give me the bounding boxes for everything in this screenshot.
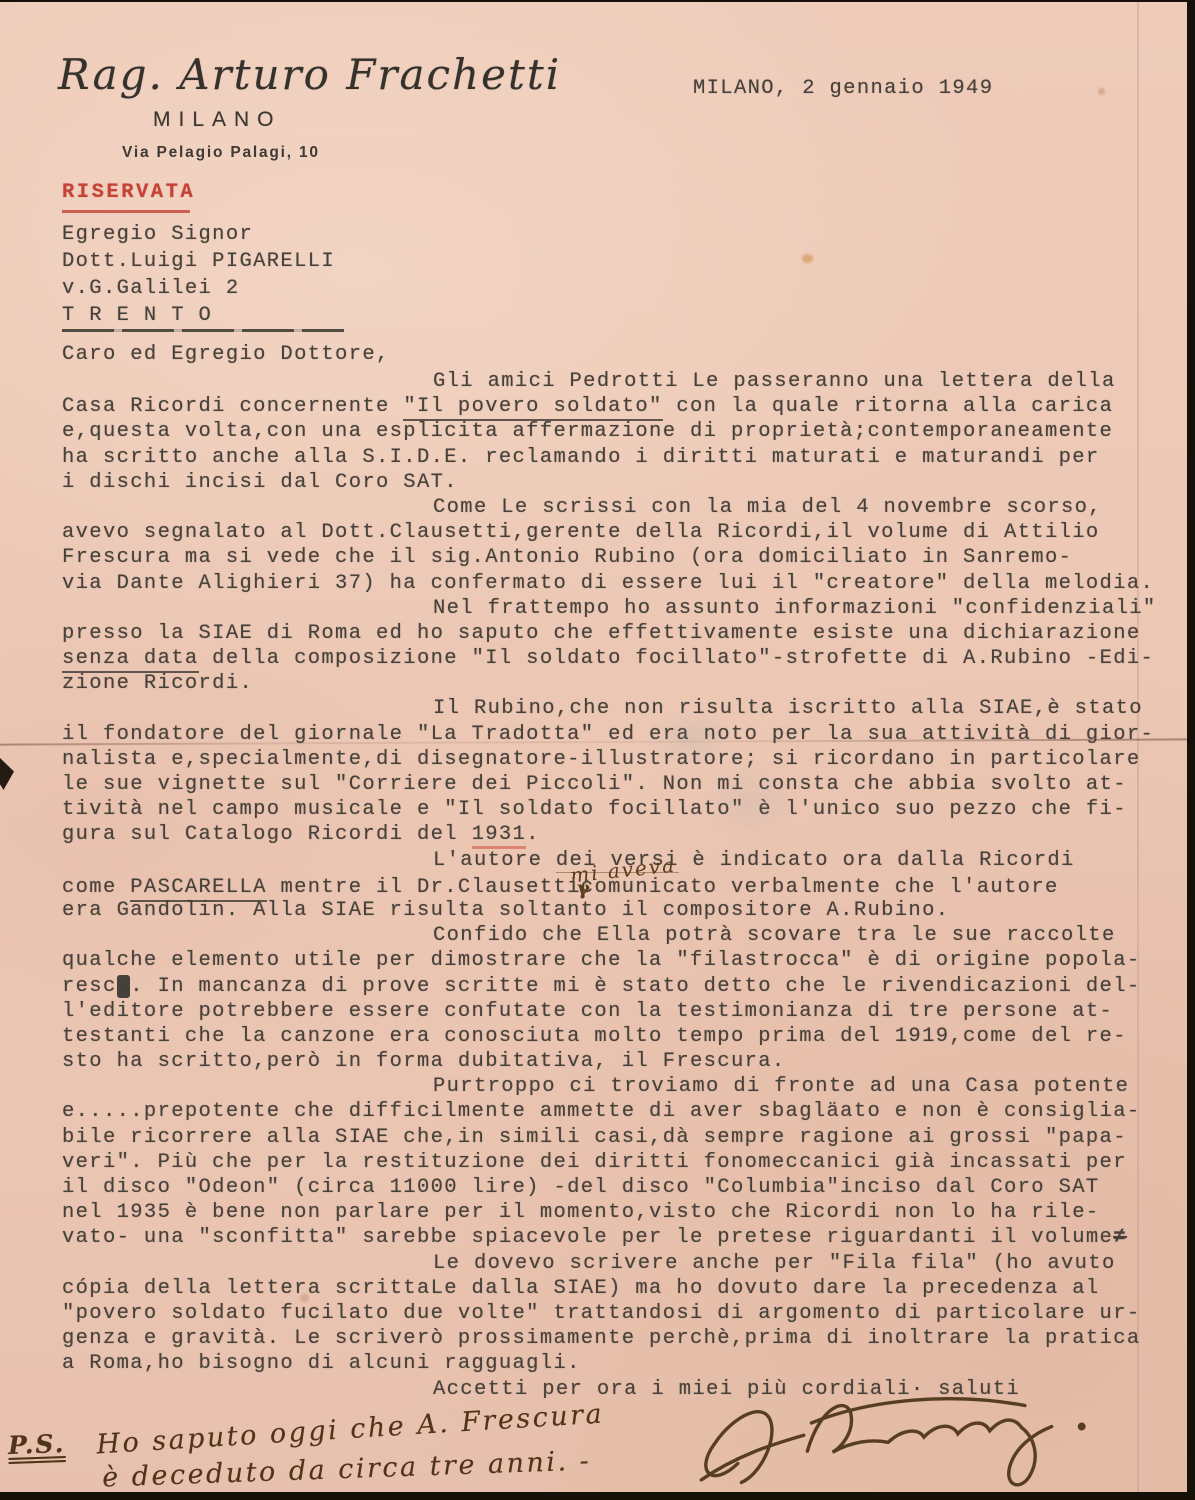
text-segment: Le dovevo scrivere anche per "Fila fila"… — [433, 1252, 1116, 1275]
body-line: "povero soldato fucilato due volte" trat… — [62, 1301, 1182, 1326]
body-line: vato- una "sconfitta" sarebbe spiacevole… — [62, 1225, 1182, 1250]
body-line: resca. In mancanza di prove scritte mi è… — [62, 974, 1182, 999]
text-segment: "povero soldato fucilato due volte" trat… — [62, 1302, 1141, 1325]
body-line: tività nel campo musicale e "Il soldato … — [62, 797, 1182, 822]
recipient-line: T R E N T O — [62, 302, 335, 329]
ink-bleedthrough — [640, 690, 810, 850]
body-line: il disco "Odeon" (circa 11000 lire) -del… — [62, 1175, 1182, 1200]
text-segment: resc — [62, 975, 117, 998]
postscript-label: P.S. — [8, 1429, 66, 1460]
text-segment: le sue vignette sul "Corriere dei Piccol… — [62, 773, 1127, 796]
text-segment: come — [62, 876, 130, 899]
text-segment: veri". Più che per la restituzione dei d… — [62, 1151, 1127, 1174]
text-segment: è indicato ora dalla Ricordi — [679, 849, 1075, 872]
paper-crease — [1137, 2, 1139, 1492]
text-segment: e,questa volta,con una esplicita afferma… — [62, 420, 1113, 443]
text-segment: gura sul Catalogo Ricordi del — [62, 823, 472, 846]
text-segment: Nel frattempo ho assunto informazioni "c… — [433, 597, 1157, 620]
body-line: Purtroppo ci troviamo di fronte ad una C… — [62, 1074, 1182, 1099]
body-line: qualche elemento utile per dimostrare ch… — [62, 948, 1182, 973]
letterhead-city: MILANO — [153, 108, 282, 132]
text-segment: l'editore potrebbere essere confutate co… — [62, 1000, 1113, 1023]
body-line: cópia della lettera scrittaLe dalla SIAE… — [62, 1276, 1182, 1301]
body-line: bile ricorrere alla SIAE che,in simili c… — [62, 1125, 1182, 1150]
text-segment: Casa Ricordi concernente — [62, 395, 403, 418]
text-segment: L'autore — [433, 849, 556, 872]
text-segment: ≠ — [1113, 1226, 1127, 1249]
body-line: Le dovevo scrivere anche per "Fila fila"… — [62, 1251, 1182, 1276]
text-segment: della composizione "Il soldato focillato… — [199, 647, 1155, 670]
body-line: ha scritto anche alla S.I.D.E. reclamand… — [62, 445, 1182, 470]
text-segment: . In mancanza di prove scritte mi è stat… — [130, 975, 1140, 998]
paper-stain — [300, 1294, 309, 1302]
recipient-line: v.G.Galilei 2 — [62, 275, 335, 302]
text-segment: e.....prepotente che difficilmente ammet… — [62, 1100, 1141, 1123]
recipient-line: Dott.Luigi PIGARELLI — [62, 248, 335, 275]
text-segment: Purtroppo ci troviamo di fronte ad una C… — [433, 1075, 1129, 1098]
recipient-line: Egregio Signor — [62, 221, 335, 248]
paper-stain — [1098, 88, 1105, 95]
body-line: sto ha scritto,però in forma dubitativa,… — [62, 1049, 1182, 1074]
confidential-stamp: RISERVATA — [62, 181, 195, 204]
text-segment: era Gandolin. Alla SIAE risulta soltanto… — [62, 899, 949, 922]
text-segment: . — [526, 823, 540, 846]
text-segment: Gli amici Pedrotti Le passeranno una let… — [433, 370, 1116, 393]
text-segment: Come Le scrissi con la mia del 4 novembr… — [433, 496, 1102, 519]
text-segment: vato- una "sconfitta" sarebbe spiacevole… — [62, 1226, 1113, 1249]
edge-ink-mark — [0, 758, 14, 790]
body-line: e.....prepotente che difficilmente ammet… — [62, 1099, 1182, 1124]
text-segment: zione Ricordi. — [62, 672, 253, 695]
paper-stain — [802, 254, 813, 263]
body-line: e,questa volta,con una esplicita afferma… — [62, 419, 1182, 444]
text-segment: nel 1935 è bene non parlare per il momen… — [62, 1201, 1100, 1224]
text-segment: "Il povero soldato" — [403, 395, 662, 421]
text-segment: nalista e,specialmente,di disegnatore-il… — [62, 748, 1141, 771]
letter-body: Gli amici Pedrotti Le passeranno una let… — [62, 369, 1182, 1402]
text-segment: Frescura ma si vede che il sig.Antonio R… — [62, 546, 1072, 569]
text-segment: presso la SIAE di Roma ed ho saputo che … — [62, 622, 1141, 645]
text-segment: via Dante Alighieri 37) ha confermato di… — [62, 572, 1154, 595]
text-segment: a Roma,ho bisogno di alcuni ragguagli. — [62, 1352, 581, 1375]
date-line: MILANO, 2 gennaio 1949 — [693, 77, 993, 100]
recipient-city-underline — [62, 329, 344, 332]
recipient-block: Egregio SignorDott.Luigi PIGARELLIv.G.Ga… — [62, 221, 335, 329]
text-segment: comunicato verbalmente che l'autore — [581, 876, 1059, 899]
letterhead-name: Rag. Arturo Frachetti — [58, 50, 561, 99]
text-segment: cópia della lettera scrittaLe dalla SIAE… — [62, 1277, 1100, 1300]
text-segment: ha scritto anche alla S.I.D.E. reclamand… — [62, 446, 1100, 469]
text-segment: senza data — [62, 647, 199, 673]
body-line: testanti che la canzone era conosciuta m… — [62, 1024, 1182, 1049]
text-segment: Confido che Ella potrà scovare tra le su… — [433, 924, 1116, 947]
text-segment: con la quale ritorna alla carica — [663, 395, 1114, 418]
text-segment: sto ha scritto,però in forma dubitativa,… — [62, 1050, 786, 1073]
signature: A. Frachetti — [690, 1373, 1104, 1500]
body-line: veri". Più che per la restituzione dei d… — [62, 1150, 1182, 1175]
body-line: presso la SIAE di Roma ed ho saputo che … — [62, 621, 1182, 646]
body-line: nel 1935 è bene non parlare per il momen… — [62, 1200, 1182, 1225]
body-line: Nel frattempo ho assunto informazioni "c… — [62, 596, 1182, 621]
body-line: era Gandolin. Alla SIAE risulta soltanto… — [62, 898, 1182, 923]
body-line: Il Rubino,che non risulta iscritto alla … — [62, 696, 1182, 721]
text-segment: 1931 — [472, 823, 527, 849]
text-segment: tività nel campo musicale e "Il soldato … — [62, 798, 1127, 821]
salutation: Caro ed Egregio Dottore, — [62, 343, 390, 366]
body-line: avevo segnalato al Dott.Clausetti,gerent… — [62, 520, 1182, 545]
text-segment: testanti che la canzone era conosciuta m… — [62, 1025, 1127, 1048]
body-line: Come Le scrissi con la mia del 4 novembr… — [62, 495, 1182, 520]
body-line: via Dante Alighieri 37) ha confermato di… — [62, 571, 1182, 596]
text-segment: avevo segnalato al Dott.Clausetti,gerent… — [62, 521, 1100, 544]
text-segment: i dischi incisi dal Coro SAT. — [62, 471, 458, 494]
text-segment: mentre il Dr.Clausetti — [267, 876, 581, 899]
letterhead-address: Via Pelagio Palagi, 10 — [122, 144, 320, 162]
confidential-underline — [62, 210, 190, 213]
body-line: Confido che Ella potrà scovare tra le su… — [62, 923, 1182, 948]
body-line: a Roma,ho bisogno di alcuni ragguagli. — [62, 1351, 1182, 1376]
text-segment: qualche elemento utile per dimostrare ch… — [62, 949, 1141, 972]
scanned-letter: Rag. Arturo Frachetti MILANO Via Pelagio… — [0, 0, 1195, 1500]
text-segment: bile ricorrere alla SIAE che,in simili c… — [62, 1126, 1127, 1149]
body-line: zione Ricordi. — [62, 671, 1182, 696]
body-line: Gli amici Pedrotti Le passeranno una let… — [62, 369, 1182, 394]
body-line: le sue vignette sul "Corriere dei Piccol… — [62, 772, 1182, 797]
body-line: genza e gravità. Le scriverò prossimamen… — [62, 1326, 1182, 1351]
body-line: i dischi incisi dal Coro SAT. — [62, 470, 1182, 495]
text-segment: genza e gravità. Le scriverò prossimamen… — [62, 1327, 1141, 1350]
body-line: senza data della composizione "Il soldat… — [62, 646, 1182, 671]
paper-sheet: Rag. Arturo Frachetti MILANO Via Pelagio… — [0, 2, 1187, 1492]
body-line: Casa Ricordi concernente "Il povero sold… — [62, 394, 1182, 419]
body-line: Frescura ma si vede che il sig.Antonio R… — [62, 545, 1182, 570]
text-segment: il disco "Odeon" (circa 11000 lire) -del… — [62, 1176, 1100, 1199]
body-line: come PASCARELLA mentre il Dr.Clausettiγc… — [62, 873, 1182, 898]
body-line: gura sul Catalogo Ricordi del 1931. — [62, 822, 1182, 847]
body-line: l'editore potrebbere essere confutate co… — [62, 999, 1182, 1024]
text-segment: a — [117, 975, 131, 998]
body-line: nalista e,specialmente,di disegnatore-il… — [62, 747, 1182, 772]
